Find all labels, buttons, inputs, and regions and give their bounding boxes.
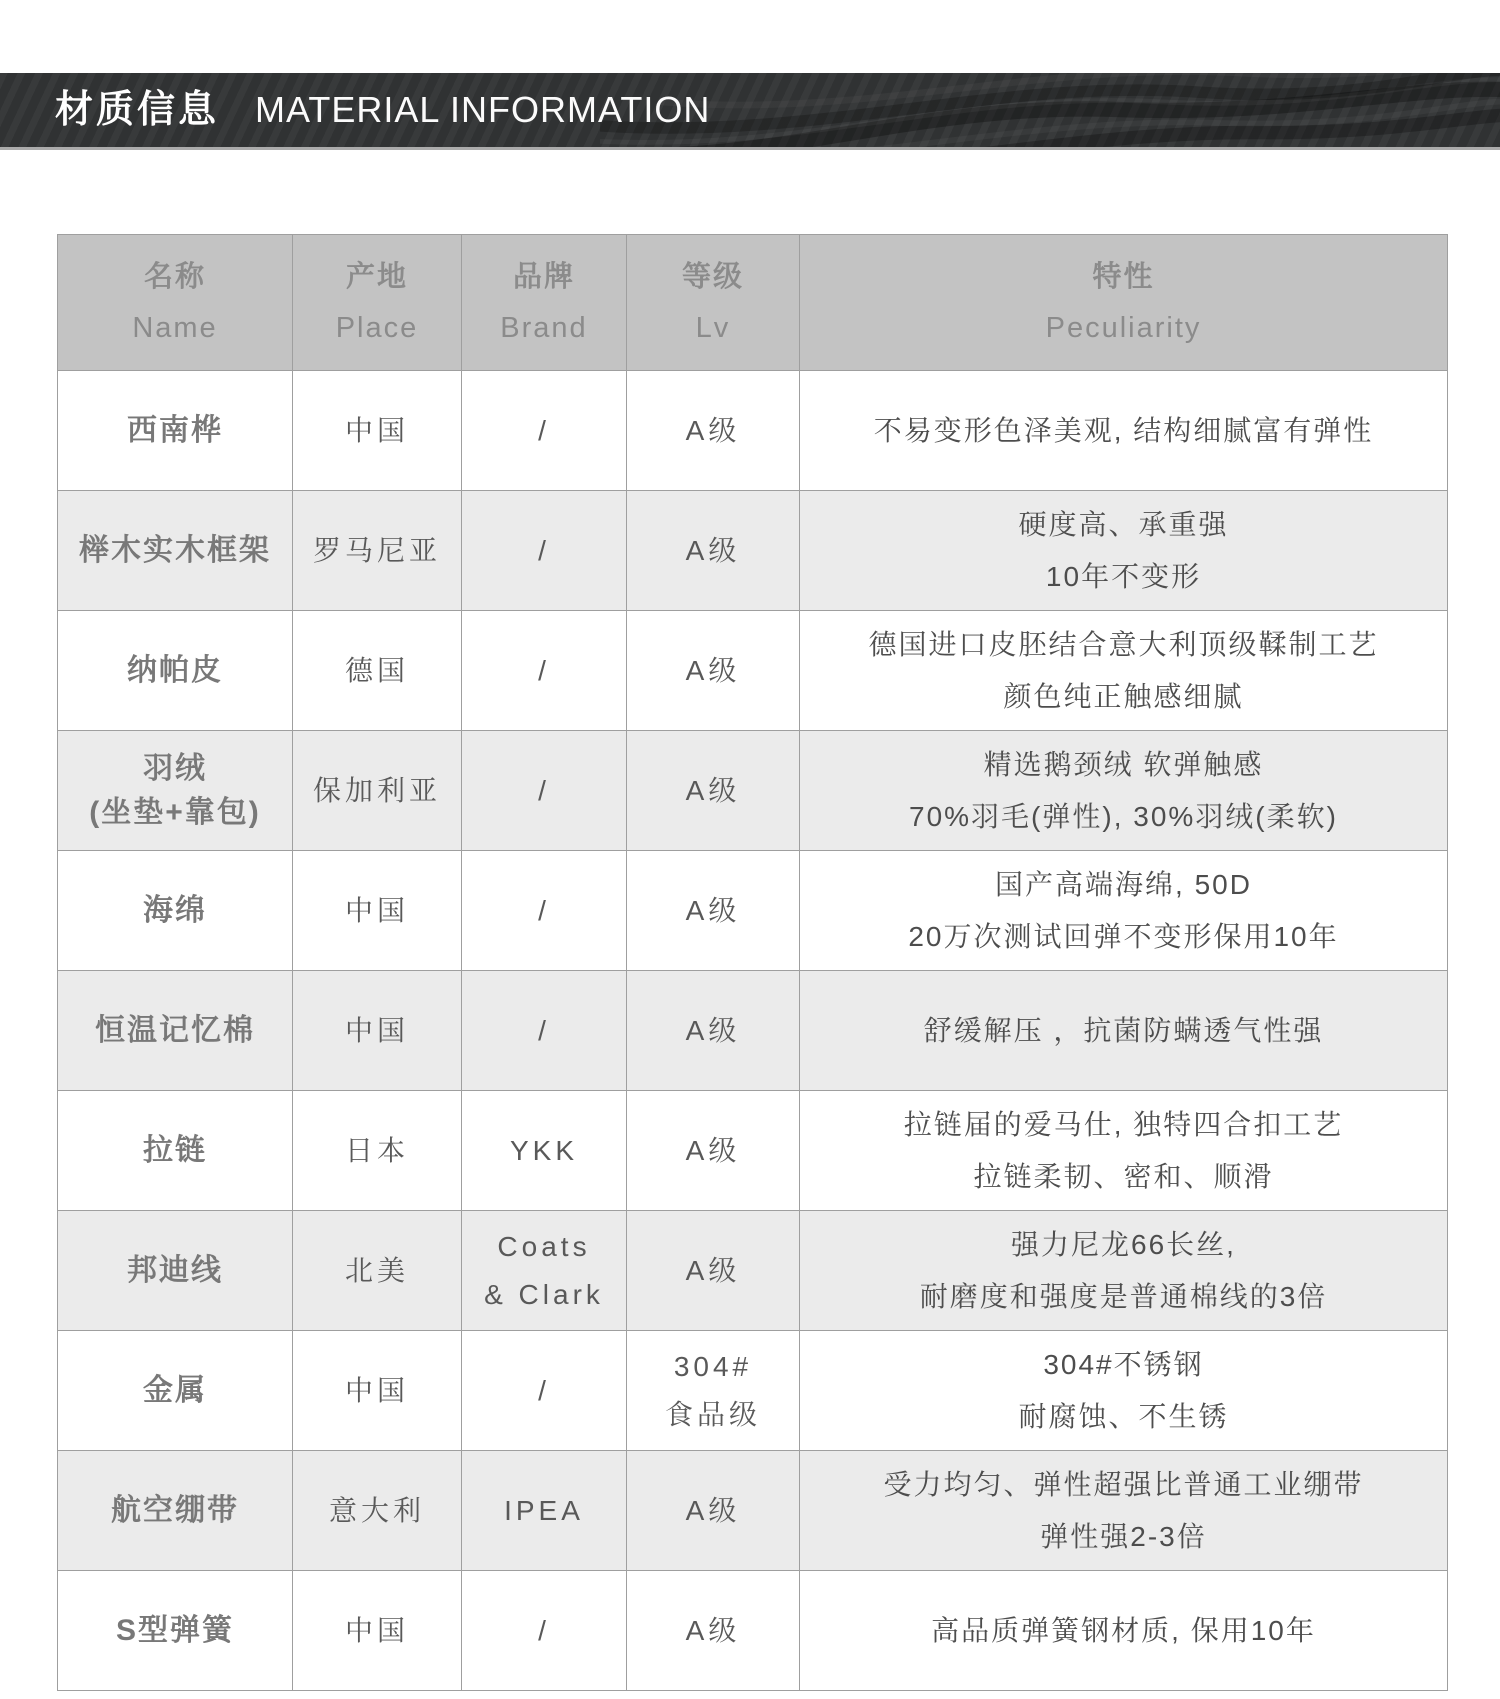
brand-cell: Coats& Clark — [462, 1211, 627, 1331]
name-cell: 榉木实木框架 — [58, 491, 293, 611]
material-table: 名称 Name 产地 Place 品牌 Brand 等级 Lv 特性 Pecul… — [57, 234, 1448, 1691]
place-cell: 中国 — [293, 371, 462, 491]
features-cell: 304#不锈钢耐腐蚀、不生锈 — [800, 1331, 1448, 1451]
features-cell: 受力均匀、弹性超强比普通工业绷带弹性强2-3倍 — [800, 1451, 1448, 1571]
place-cell: 意大利 — [293, 1451, 462, 1571]
name-cell: 恒温记忆棉 — [58, 971, 293, 1091]
table-row: 西南桦 中国 / A级 不易变形色泽美观, 结构细腻富有弹性 — [58, 371, 1448, 491]
column-header: 等级 Lv — [627, 235, 800, 371]
table-row: 航空绷带 意大利 IPEA A级 受力均匀、弹性超强比普通工业绷带弹性强2-3倍 — [58, 1451, 1448, 1571]
features-cell: 不易变形色泽美观, 结构细腻富有弹性 — [800, 371, 1448, 491]
brand-cell: / — [462, 731, 627, 851]
place-cell: 中国 — [293, 971, 462, 1091]
brand-cell: IPEA — [462, 1451, 627, 1571]
banner-title-group: 材质信息 MATERIAL INFORMATION — [0, 73, 1500, 147]
table-row: 拉链 日本 YKK A级 拉链届的爱马仕, 独特四合扣工艺拉链柔韧、密和、顺滑 — [58, 1091, 1448, 1211]
features-cell: 国产高端海绵, 50D20万次测试回弹不变形保用10年 — [800, 851, 1448, 971]
column-header-zh: 品牌 — [462, 252, 626, 303]
name-cell: 金属 — [58, 1331, 293, 1451]
place-cell: 德国 — [293, 611, 462, 731]
table-row: 纳帕皮 德国 / A级 德国进口皮胚结合意大利顶级鞣制工艺颜色纯正触感细腻 — [58, 611, 1448, 731]
material-info-banner: 材质信息 MATERIAL INFORMATION — [0, 73, 1500, 150]
lv-cell: 304#食品级 — [627, 1331, 800, 1451]
column-header: 品牌 Brand — [462, 235, 627, 371]
lv-cell: A级 — [627, 1211, 800, 1331]
table-row: 金属 中国 / 304#食品级 304#不锈钢耐腐蚀、不生锈 — [58, 1331, 1448, 1451]
column-header-en: Name — [58, 303, 292, 354]
features-cell: 舒缓解压 ，抗菌防螨透气性强 — [800, 971, 1448, 1091]
column-header: 特性 Peculiarity — [800, 235, 1448, 371]
table-row: 榉木实木框架 罗马尼亚 / A级 硬度高、承重强10年不变形 — [58, 491, 1448, 611]
brand-cell: / — [462, 611, 627, 731]
place-cell: 中国 — [293, 851, 462, 971]
table-row: 海绵 中国 / A级 国产高端海绵, 50D20万次测试回弹不变形保用10年 — [58, 851, 1448, 971]
features-cell: 精选鹅颈绒 软弹触感70%羽毛(弹性), 30%羽绒(柔软) — [800, 731, 1448, 851]
name-cell: 拉链 — [58, 1091, 293, 1211]
brand-cell: / — [462, 371, 627, 491]
lv-cell: A级 — [627, 731, 800, 851]
features-cell: 硬度高、承重强10年不变形 — [800, 491, 1448, 611]
page-title-en: MATERIAL INFORMATION — [255, 92, 710, 128]
column-header: 产地 Place — [293, 235, 462, 371]
features-cell: 拉链届的爱马仕, 独特四合扣工艺拉链柔韧、密和、顺滑 — [800, 1091, 1448, 1211]
lv-cell: A级 — [627, 971, 800, 1091]
name-cell: 邦迪线 — [58, 1211, 293, 1331]
column-header-zh: 产地 — [293, 252, 461, 303]
table-row: 邦迪线 北美 Coats& Clark A级 强力尼龙66长丝,耐磨度和强度是普… — [58, 1211, 1448, 1331]
column-header-zh: 特性 — [800, 252, 1447, 303]
lv-cell: A级 — [627, 1451, 800, 1571]
table-header-row: 名称 Name 产地 Place 品牌 Brand 等级 Lv 特性 Pecul… — [58, 235, 1448, 371]
column-header-zh: 等级 — [627, 252, 799, 303]
column-header-en: Peculiarity — [800, 303, 1447, 354]
place-cell: 罗马尼亚 — [293, 491, 462, 611]
name-cell: 海绵 — [58, 851, 293, 971]
material-table-body: 西南桦 中国 / A级 不易变形色泽美观, 结构细腻富有弹性 榉木实木框架 罗马… — [58, 371, 1448, 1691]
lv-cell: A级 — [627, 1571, 800, 1691]
page-title-zh: 材质信息 — [55, 91, 219, 129]
lv-cell: A级 — [627, 611, 800, 731]
material-table-container: 名称 Name 产地 Place 品牌 Brand 等级 Lv 特性 Pecul… — [57, 234, 1500, 1691]
lv-cell: A级 — [627, 851, 800, 971]
column-header: 名称 Name — [58, 235, 293, 371]
features-cell: 强力尼龙66长丝,耐磨度和强度是普通棉线的3倍 — [800, 1211, 1448, 1331]
table-row: 恒温记忆棉 中国 / A级 舒缓解压 ，抗菌防螨透气性强 — [58, 971, 1448, 1091]
features-cell: 德国进口皮胚结合意大利顶级鞣制工艺颜色纯正触感细腻 — [800, 611, 1448, 731]
name-cell: 航空绷带 — [58, 1451, 293, 1571]
name-cell: 纳帕皮 — [58, 611, 293, 731]
column-header-zh: 名称 — [58, 252, 292, 303]
brand-cell: / — [462, 851, 627, 971]
name-cell: 西南桦 — [58, 371, 293, 491]
lv-cell: A级 — [627, 491, 800, 611]
place-cell: 中国 — [293, 1571, 462, 1691]
lv-cell: A级 — [627, 371, 800, 491]
brand-cell: / — [462, 491, 627, 611]
features-cell: 高品质弹簧钢材质, 保用10年 — [800, 1571, 1448, 1691]
brand-cell: / — [462, 971, 627, 1091]
place-cell: 北美 — [293, 1211, 462, 1331]
place-cell: 日本 — [293, 1091, 462, 1211]
table-row: S型弹簧 中国 / A级 高品质弹簧钢材质, 保用10年 — [58, 1571, 1448, 1691]
place-cell: 保加利亚 — [293, 731, 462, 851]
column-header-en: Lv — [627, 303, 799, 354]
column-header-en: Place — [293, 303, 461, 354]
table-row: 羽绒(坐垫+靠包) 保加利亚 / A级 精选鹅颈绒 软弹触感70%羽毛(弹性),… — [58, 731, 1448, 851]
name-cell: S型弹簧 — [58, 1571, 293, 1691]
brand-cell: / — [462, 1571, 627, 1691]
brand-cell: / — [462, 1331, 627, 1451]
place-cell: 中国 — [293, 1331, 462, 1451]
brand-cell: YKK — [462, 1091, 627, 1211]
lv-cell: A级 — [627, 1091, 800, 1211]
name-cell: 羽绒(坐垫+靠包) — [58, 731, 293, 851]
column-header-en: Brand — [462, 303, 626, 354]
